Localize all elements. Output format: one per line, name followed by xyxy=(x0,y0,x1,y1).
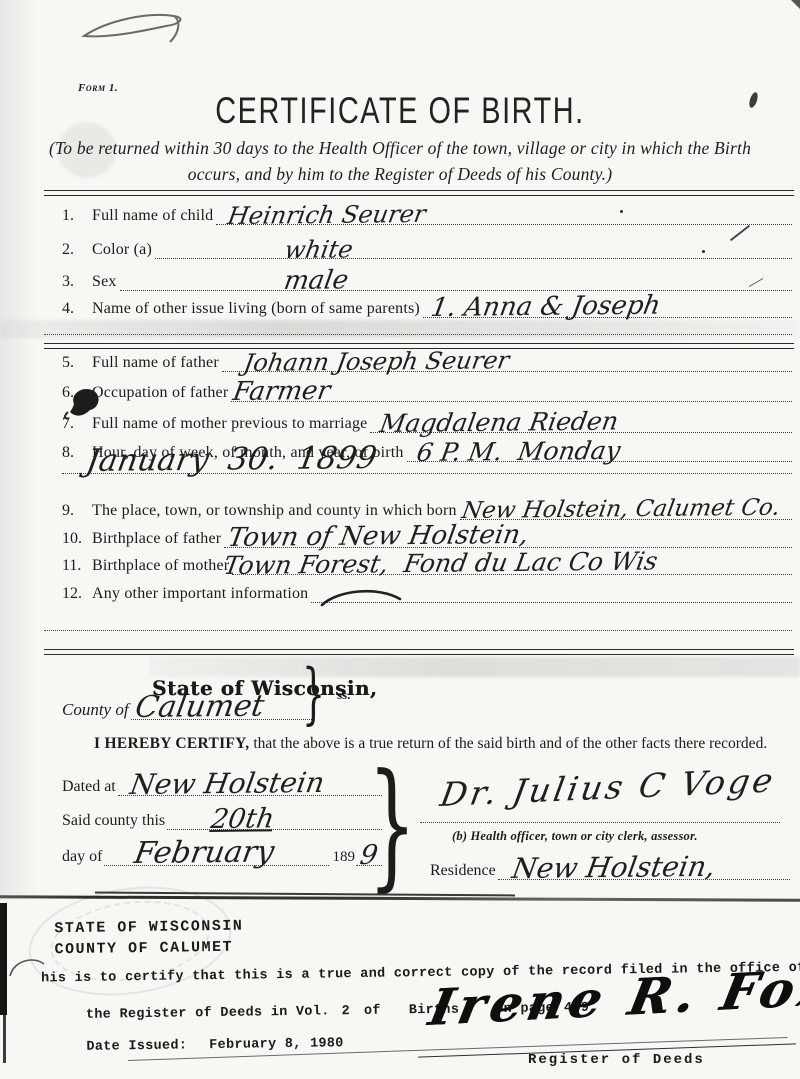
field-label: Name of other issue living (born of same… xyxy=(92,300,423,318)
field-number: 2. xyxy=(62,241,92,259)
field-dotted-line: male xyxy=(120,287,792,291)
signature-line xyxy=(420,822,780,823)
field-number: 9. xyxy=(62,502,92,520)
of-label: of xyxy=(364,1004,381,1019)
field-value-handwritten: Farmer xyxy=(231,378,332,405)
field-dotted-line: Magdalena Rieden xyxy=(370,429,792,433)
signature-caption: (b) Health officer, town or city clerk, … xyxy=(452,829,698,844)
section-divider xyxy=(44,190,794,196)
day-of-row: day of February 189 9 xyxy=(62,848,382,866)
field-value-handwritten: Heinrich Seurer xyxy=(226,202,428,228)
instructions-line2: occurs, and by him to the Register of De… xyxy=(0,164,800,185)
field-label: Full name of child xyxy=(92,207,216,225)
field-label: Full name of father xyxy=(92,354,222,372)
residence-label: Residence xyxy=(430,862,498,880)
certify-lead: I HEREBY CERTIFY, xyxy=(94,735,249,752)
day-of-line: February xyxy=(104,862,328,866)
field-dotted-line: Heinrich Seurer xyxy=(216,221,792,225)
dated-block-brace: } xyxy=(368,762,416,889)
body-line2-lead: the Register of Deeds in Vol. xyxy=(86,1004,330,1022)
date-issued-line: Date Issued:February 8, 1980 xyxy=(36,1021,344,1070)
field-value-handwritten: Town Forest, Fond du Lac Co Wis xyxy=(222,548,659,578)
scan-shading xyxy=(0,0,38,900)
field-value-handwritten: Johann Joseph Seurer xyxy=(242,348,511,375)
field-number: 3. xyxy=(62,273,92,291)
field-value-handwritten: white xyxy=(283,237,355,262)
field-row-11: 11. Birthplace of mother Town Forest, Fo… xyxy=(62,557,792,575)
scan-corner-mark xyxy=(791,0,800,9)
registrar-title: Register of Deeds xyxy=(528,1052,705,1068)
field-number: 12. xyxy=(62,585,92,603)
field-row-2: 2. Color (a) white xyxy=(62,241,792,259)
pen-stroke-mark xyxy=(78,6,208,50)
field-number: 7. xyxy=(62,415,92,433)
dated-at-value-handwritten: New Holstein xyxy=(128,769,326,799)
field-number: 11. xyxy=(62,557,92,575)
dotted-divider xyxy=(44,630,792,631)
field-number: 10. xyxy=(62,530,92,548)
said-county-label: Said county this xyxy=(62,812,167,830)
field-number: 4. xyxy=(62,300,92,318)
section-divider xyxy=(44,649,794,655)
month-value-handwritten: February xyxy=(132,838,276,869)
field-number: 1. xyxy=(62,207,92,225)
field-dotted-line: Johann Joseph Seurer xyxy=(222,368,792,372)
field-row-9: 9. The place, town, or township and coun… xyxy=(62,502,792,520)
field-label: Birthplace of mother xyxy=(92,557,232,575)
field-dotted-line: 6 P. M. Monday xyxy=(407,458,792,462)
instructions-line1: (To be returned within 30 days to the He… xyxy=(0,138,800,159)
county-dotted-line: Calumet xyxy=(131,716,312,720)
field-dotted-line: January 30. 1899 xyxy=(62,470,792,474)
field-row-6: 6. Occupation of father Farmer xyxy=(62,384,792,402)
date-issued-label: Date Issued: xyxy=(86,1038,187,1054)
copy-county-line: COUNTY OF CALUMET xyxy=(55,939,234,958)
field-label: Sex xyxy=(92,273,120,291)
said-county-line: 20th xyxy=(167,826,382,830)
field-value-handwritten: January 30. 1899 xyxy=(84,443,379,477)
county-of-label: County of xyxy=(62,700,131,720)
said-county-value-handwritten: 20th xyxy=(209,805,276,833)
field-row-3: 3. Sex male xyxy=(62,273,792,291)
field-label: Full name of mother previous to marriage xyxy=(92,415,370,433)
field-row-10: 10. Birthplace of father Town of New Hol… xyxy=(62,530,792,548)
field-row-8-continuation: January 30. 1899 xyxy=(62,470,792,474)
field-number: 6. xyxy=(62,384,92,402)
field-value-handwritten: Town of New Holstein, xyxy=(226,522,530,551)
field-row-5: 5. Full name of father Johann Joseph Seu… xyxy=(62,354,792,372)
field-row-1: 1. Full name of child Heinrich Seurer xyxy=(62,207,792,225)
dated-at-label: Dated at xyxy=(62,778,118,796)
field-value-handwritten: 6 P. M. Monday xyxy=(415,438,622,465)
field-value-handwritten: Magdalena Rieden xyxy=(378,409,620,436)
year-prefix-printed: 189 xyxy=(329,849,357,866)
certify-statement: I HEREBY CERTIFY, that the above is a tr… xyxy=(94,735,796,753)
residence-line: New Holstein, xyxy=(498,876,790,880)
certificate-page: Form 1. CERTIFICATE OF BIRTH. (To be ret… xyxy=(0,0,800,1079)
day-of-label: day of xyxy=(62,848,104,866)
field-row-4: 4. Name of other issue living (born of s… xyxy=(62,300,792,318)
field-row-7: 7. Full name of mother previous to marri… xyxy=(62,415,792,433)
county-value-handwritten: Calumet xyxy=(133,692,266,723)
field-label: The place, town, or township and county … xyxy=(92,502,460,520)
field-value-handwritten: 1. Anna & Joseph xyxy=(429,293,662,321)
field-label: Birthplace of father xyxy=(92,530,224,548)
date-issued-value: February 8, 1980 xyxy=(209,1036,344,1053)
health-officer-signature: Dr. Julius C Voge xyxy=(438,764,778,811)
scan-curl-mark xyxy=(6,950,46,980)
field-dotted-line: Farmer xyxy=(231,398,792,402)
check-mark xyxy=(730,225,750,241)
dated-at-line: New Holstein xyxy=(118,792,382,796)
copy-state-line: STATE OF WISCONSIN xyxy=(54,918,243,938)
ss-label: ss. xyxy=(337,687,350,703)
field-dotted-line: white xyxy=(155,255,792,259)
pen-mark xyxy=(320,586,406,608)
field-label: Any other important information xyxy=(92,585,311,603)
residence-row: Residence New Holstein, xyxy=(430,862,790,880)
smudge-band xyxy=(0,320,800,338)
field-number: 5. xyxy=(62,354,92,372)
field-label: Color (a) xyxy=(92,241,155,259)
ink-speck xyxy=(748,91,760,108)
field-value-handwritten: New Holstein, Calumet Co. xyxy=(460,497,782,523)
field-dotted-line: 1. Anna & Joseph xyxy=(423,314,792,318)
field-row-12: 12. Any other important information xyxy=(62,585,792,603)
page-title: CERTIFICATE OF BIRTH. xyxy=(88,90,712,132)
field-dotted-line: Town Forest, Fond du Lac Co Wis xyxy=(232,571,792,575)
certify-rest: that the above is a true return of the s… xyxy=(249,735,767,752)
dated-at-row: Dated at New Holstein xyxy=(62,778,382,796)
residence-value-handwritten: New Holstein, xyxy=(510,853,717,883)
said-county-row: Said county this 20th xyxy=(62,812,382,830)
smudge-band xyxy=(150,657,800,677)
dotted-divider xyxy=(44,334,792,335)
jurat-county-row: County of Calumet xyxy=(62,700,312,720)
volume-value: 2 xyxy=(341,1004,350,1019)
field-value-handwritten: male xyxy=(282,267,350,294)
scan-edge-strip-thin xyxy=(3,1015,6,1063)
field-label: Occupation of father xyxy=(92,384,231,402)
jurat-brace: } xyxy=(302,664,325,725)
